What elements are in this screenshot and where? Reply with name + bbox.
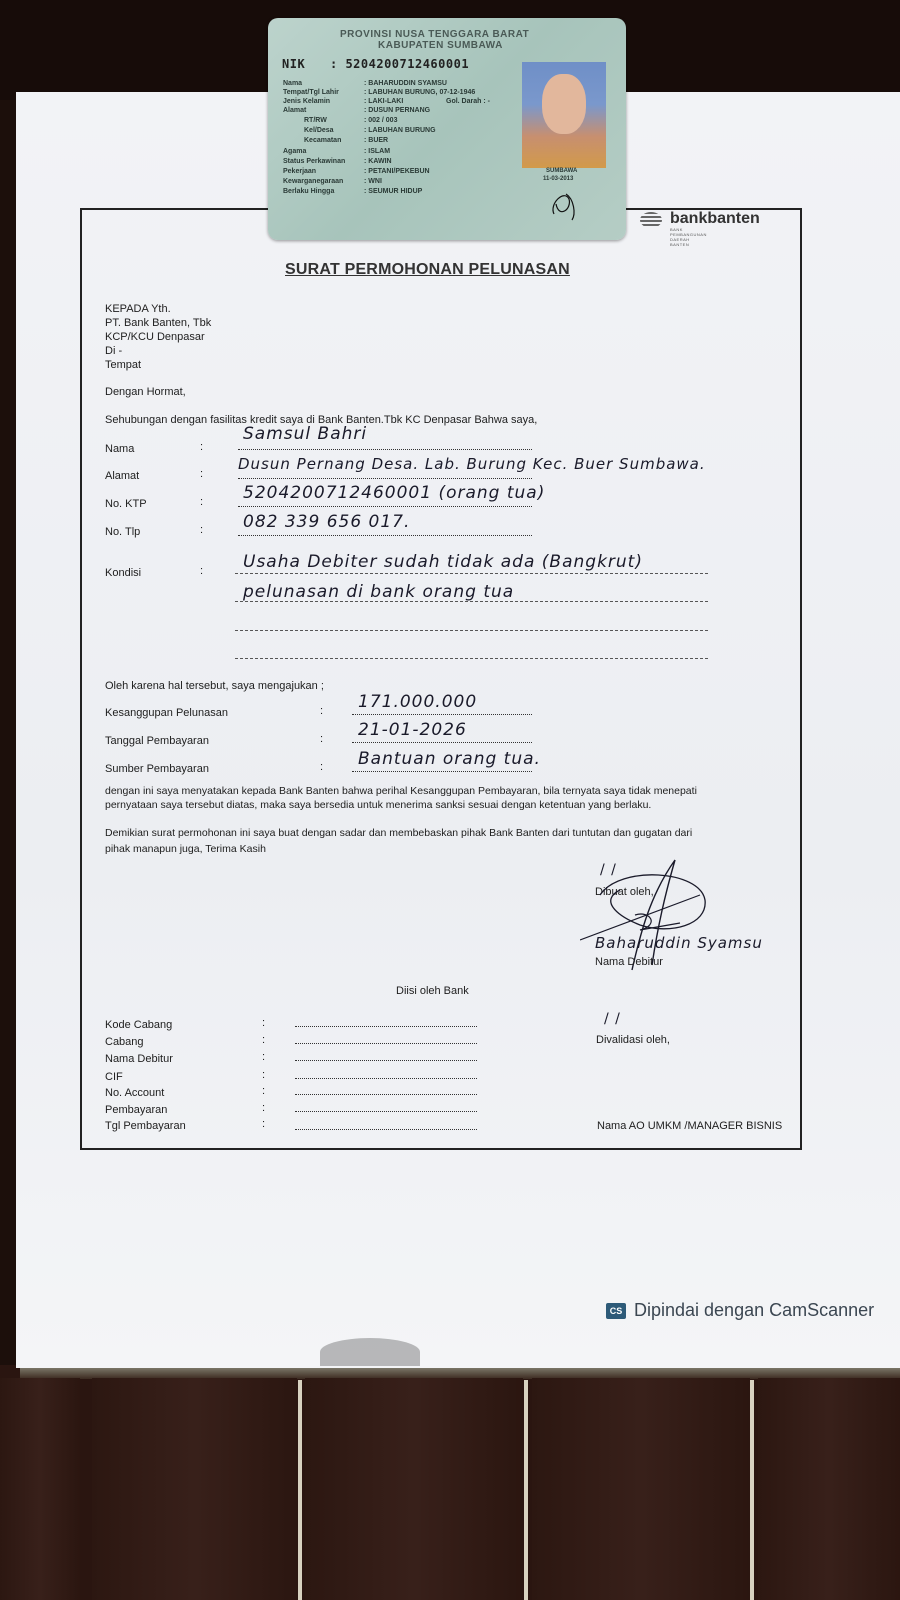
id-field-value: : PETANI/PEKEBUN <box>364 168 430 175</box>
table-plank <box>532 1378 750 1600</box>
greeting: Dengan Hormat, <box>105 386 186 398</box>
field-underline <box>352 742 532 743</box>
bank-field-label: Cabang <box>105 1036 144 1048</box>
field-label-nama: Nama <box>105 443 134 455</box>
table-plank <box>758 1378 900 1600</box>
bank-field-label: No. Account <box>105 1087 164 1099</box>
id-field-label: Nama <box>283 80 302 87</box>
bank-field-blank <box>295 1026 477 1027</box>
colon: : <box>262 1034 265 1046</box>
id-field-label: Kel/Desa <box>304 127 334 134</box>
id-field-value: : BAHARUDDIN SYAMSU <box>364 80 447 87</box>
colon: : <box>200 468 203 480</box>
id-field-label: Status Perkawinan <box>283 158 345 165</box>
validated-date-slashes: / / <box>604 1011 621 1027</box>
field-underline <box>238 506 532 507</box>
field-value-nama: Samsul Bahri <box>243 424 367 444</box>
kondisi-underline <box>235 658 708 659</box>
plank-gap <box>298 1380 302 1600</box>
bank-field-label: Nama Debitur <box>105 1053 173 1065</box>
table-plank <box>305 1378 523 1600</box>
finger-shadow <box>320 1338 420 1366</box>
logo-tagline: BANK PEMBANGUNAN DAERAH BANTEN <box>670 227 707 247</box>
field-value-no-ktp: 5204200712460001 (orang tua) <box>243 483 545 503</box>
id-field-value: : ISLAM <box>364 148 390 155</box>
id-card-nik-label: NIK <box>282 57 305 71</box>
statement-text: dengan ini saya menyatakan kepada Bank B… <box>105 785 697 797</box>
field-underline <box>238 535 532 536</box>
plank-gap <box>524 1380 528 1600</box>
id-field-value: : SEUMUR HIDUP <box>364 188 422 195</box>
colon: : <box>200 441 203 453</box>
page-title: SURAT PERMOHONAN PELUNASAN <box>285 261 570 279</box>
field-value-no-tlp: 082 339 656 017. <box>243 512 410 532</box>
table-plank <box>0 1378 80 1600</box>
logo-name: bankbanten <box>670 210 760 228</box>
kondisi-underline <box>235 573 708 574</box>
bank-field-blank <box>295 1111 477 1112</box>
field-underline <box>238 449 532 450</box>
id-field-label: Kewarganegaraan <box>283 178 343 185</box>
field-value-alamat: Dusun Pernang Desa. Lab. Burung Kec. Bue… <box>238 455 706 473</box>
bank-field-blank <box>295 1043 477 1044</box>
field-underline <box>238 478 532 479</box>
address-line: KCP/KCU Denpasar <box>105 331 205 343</box>
statement-text: pernyataan saya tersebut diatas, maka sa… <box>105 799 651 811</box>
id-field-value: : KAWIN <box>364 158 392 165</box>
plank-gap <box>750 1380 754 1600</box>
colon: : <box>200 496 203 508</box>
proposal-label-date: Tanggal Pembayaran <box>105 735 209 747</box>
field-underline <box>352 714 532 715</box>
id-field-label: RT/RW <box>304 117 327 124</box>
bank-field-label: Kode Cabang <box>105 1019 172 1031</box>
bank-section-title: Diisi oleh Bank <box>396 985 469 997</box>
bank-field-label: CIF <box>105 1071 123 1083</box>
statement-text: Demikian surat permohonan ini saya buat … <box>105 827 692 839</box>
id-field-value: : BUER <box>364 137 388 144</box>
bank-field-blank <box>295 1094 477 1095</box>
bank-field-label: Tgl Pembayaran <box>105 1120 186 1132</box>
proposal-label-amount: Kesanggupan Pelunasan <box>105 707 228 719</box>
colon: : <box>262 1102 265 1114</box>
proposal-intro: Oleh karena hal tersebut, saya mengajuka… <box>105 680 324 692</box>
id-field-blood-type: Gol. Darah : - <box>446 98 490 105</box>
colon: : <box>200 565 203 577</box>
colon: : <box>320 761 323 773</box>
id-field-label: Kecamatan <box>304 137 341 144</box>
id-field-label: Jenis Kelamin <box>283 98 330 105</box>
field-label-alamat: Alamat <box>105 470 139 482</box>
id-card-nik-value: : 5204200712460001 <box>330 57 469 71</box>
bank-field-blank <box>295 1060 477 1061</box>
debtor-label: Nama Debitur <box>595 956 663 968</box>
colon: : <box>262 1085 265 1097</box>
id-field-label: Agama <box>283 148 306 155</box>
id-field-value: : LAKI-LAKI <box>364 98 403 105</box>
officer-label: Nama AO UMKM /MANAGER BISNIS <box>597 1120 782 1132</box>
letter-frame <box>80 208 802 1150</box>
colon: : <box>262 1051 265 1063</box>
address-line: Tempat <box>105 359 141 371</box>
id-field-value: : WNI <box>364 178 382 185</box>
colon: : <box>320 733 323 745</box>
id-card-province: PROVINSI NUSA TENGGARA BARAT <box>340 29 529 40</box>
colon: : <box>262 1118 265 1130</box>
debtor-signature-name: Baharuddin Syamsu <box>595 934 763 952</box>
field-label-no-ktp: No. KTP <box>105 498 147 510</box>
validated-by-label: Divalidasi oleh, <box>596 1034 670 1046</box>
bank-field-blank <box>295 1129 477 1130</box>
bank-field-label: Pembayaran <box>105 1104 167 1116</box>
address-line: KEPADA Yth. <box>105 303 171 315</box>
id-card-signature <box>544 184 584 224</box>
bankbanten-logo-icon <box>640 212 662 228</box>
id-field-label: Pekerjaan <box>283 168 316 175</box>
statement-text: pihak manapun juga, Terima Kasih <box>105 843 266 855</box>
id-field-value: : LABUHAN BURUNG, 07-12-1946 <box>364 89 475 96</box>
id-card-photo <box>522 62 606 168</box>
table-plank <box>92 1378 297 1600</box>
id-card-issue-date: 11-03-2013 <box>543 176 573 182</box>
colon: : <box>320 705 323 717</box>
colon: : <box>200 524 203 536</box>
proposal-value-amount: 171.000.000 <box>358 692 477 712</box>
kondisi-line-1: Usaha Debiter sudah tidak ada (Bangkrut) <box>243 552 643 572</box>
id-field-label: Berlaku Hingga <box>283 188 334 195</box>
kondisi-underline <box>235 601 708 602</box>
field-label-kondisi: Kondisi <box>105 567 141 579</box>
bank-field-blank <box>295 1078 477 1079</box>
id-field-value: : 002 / 003 <box>364 117 397 124</box>
camscanner-logo-icon: CS <box>606 1303 626 1319</box>
address-line: PT. Bank Banten, Tbk <box>105 317 211 329</box>
field-underline <box>352 771 532 772</box>
colon: : <box>262 1069 265 1081</box>
colon: : <box>262 1017 265 1029</box>
id-card-regency: KABUPATEN SUMBAWA <box>378 40 503 51</box>
kondisi-underline <box>235 630 708 631</box>
id-field-value: : LABUHAN BURUNG <box>364 127 436 134</box>
address-line: Di - <box>105 345 122 357</box>
id-field-value: : DUSUN PERNANG <box>364 107 430 114</box>
kondisi-line-2: pelunasan di bank orang tua <box>243 582 514 602</box>
id-field-label: Tempat/Tgl Lahir <box>283 89 339 96</box>
camscanner-text: Dipindai dengan CamScanner <box>634 1300 874 1320</box>
id-field-label: Alamat <box>283 107 306 114</box>
field-label-no-tlp: No. Tlp <box>105 526 140 538</box>
proposal-value-date: 21-01-2026 <box>358 720 467 740</box>
proposal-label-source: Sumber Pembayaran <box>105 763 209 775</box>
camscanner-watermark: CSDipindai dengan CamScanner <box>606 1300 874 1321</box>
id-card: PROVINSI NUSA TENGGARA BARAT KABUPATEN S… <box>268 18 626 240</box>
proposal-value-source: Bantuan orang tua. <box>358 749 541 769</box>
id-card-issue-place: SUMBAWA <box>546 168 577 174</box>
